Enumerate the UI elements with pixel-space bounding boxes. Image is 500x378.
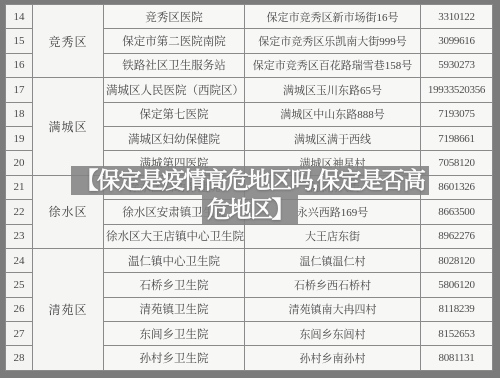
- row-number-cell: 17: [6, 78, 33, 102]
- address-cell: 满城区神星村: [245, 151, 421, 175]
- hospital-table-container: 14 竞秀区 竞秀区医院 保定市竞秀区新市场街16号 3310122 15 保定…: [5, 4, 492, 371]
- phone-cell: 8601326: [421, 175, 493, 199]
- phone-cell: 3310122: [421, 5, 493, 29]
- hospital-name-cell: 满城区人民医院（西院区）: [104, 78, 245, 102]
- address-cell: 东闾乡东闾村: [245, 322, 421, 346]
- address-cell: 石桥乡西石桥村: [245, 273, 421, 297]
- phone-cell: 3099616: [421, 29, 493, 53]
- row-number-cell: 18: [6, 102, 33, 126]
- phone-cell: 8081131: [421, 346, 493, 371]
- row-number-cell: 21: [6, 175, 33, 199]
- phone-cell: 7198661: [421, 126, 493, 150]
- address-cell: 保定市竞秀区百花路瑞雪巷158号: [245, 53, 421, 77]
- phone-cell: 8152653: [421, 322, 493, 346]
- phone-cell: 5806120: [421, 273, 493, 297]
- address-cell: 温仁镇温仁村: [245, 248, 421, 272]
- address-cell: 大王店东街: [245, 224, 421, 248]
- district-cell: 清苑区: [33, 248, 104, 370]
- row-number-cell: 27: [6, 322, 33, 346]
- hospital-name-cell: 温仁镇中心卫生院: [104, 248, 245, 272]
- row-number-cell: 28: [6, 346, 33, 371]
- address-cell: 盛源南大街: [245, 175, 421, 199]
- address-cell: 满城区满于西线: [245, 126, 421, 150]
- address-cell: 满城区中山东路888号: [245, 102, 421, 126]
- address-cell: 保定市竞秀区乐凯南大街999号: [245, 29, 421, 53]
- phone-cell: 8663500: [421, 200, 493, 224]
- hospital-name-cell: 东闾乡卫生院: [104, 322, 245, 346]
- hospital-name-cell: 徐水区安肃镇卫生院: [104, 200, 245, 224]
- hospital-name-cell: 保定市第二医院南院: [104, 29, 245, 53]
- hospital-name-cell: 徐水区大王店镇中心卫生院: [104, 224, 245, 248]
- row-number-cell: 24: [6, 248, 33, 272]
- row-number-cell: 22: [6, 200, 33, 224]
- row-number-cell: 16: [6, 53, 33, 77]
- phone-cell: 8118239: [421, 297, 493, 321]
- row-number-cell: 25: [6, 273, 33, 297]
- district-cell: 徐水区: [33, 175, 104, 248]
- address-cell: 清苑镇南大冉四村: [245, 297, 421, 321]
- hospital-name-cell: 孙村乡卫生院: [104, 346, 245, 371]
- hospital-name-cell: 徐水区妇幼保健院: [104, 175, 245, 199]
- hospital-name-cell: 石桥乡卫生院: [104, 273, 245, 297]
- row-number-cell: 23: [6, 224, 33, 248]
- row-number-cell: 14: [6, 5, 33, 29]
- phone-cell: 8028120: [421, 248, 493, 272]
- table-row: 24 清苑区 温仁镇中心卫生院 温仁镇温仁村 8028120: [6, 248, 493, 272]
- phone-cell: 7193075: [421, 102, 493, 126]
- row-number-cell: 15: [6, 29, 33, 53]
- hospital-name-cell: 保定第七医院: [104, 102, 245, 126]
- hospital-name-cell: 满城第四医院: [104, 151, 245, 175]
- hospital-name-cell: 铁路社区卫生服务站: [104, 53, 245, 77]
- hospital-name-cell: 满城区妇幼保健院: [104, 126, 245, 150]
- address-cell: 孙村乡南孙村: [245, 346, 421, 371]
- address-cell: 永兴西路169号: [245, 200, 421, 224]
- phone-cell: 19933520356: [421, 78, 493, 102]
- phone-cell: 5930273: [421, 53, 493, 77]
- hospital-name-cell: 清苑镇卫生院: [104, 297, 245, 321]
- row-number-cell: 26: [6, 297, 33, 321]
- table-row: 21 徐水区 徐水区妇幼保健院 盛源南大街 8601326: [6, 175, 493, 199]
- district-cell: 满城区: [33, 78, 104, 176]
- row-number-cell: 20: [6, 151, 33, 175]
- hospital-name-cell: 竞秀区医院: [104, 5, 245, 29]
- table-row: 14 竞秀区 竞秀区医院 保定市竞秀区新市场街16号 3310122: [6, 5, 493, 29]
- table-row: 17 满城区 满城区人民医院（西院区） 满城区玉川东路65号 199335203…: [6, 78, 493, 102]
- row-number-cell: 19: [6, 126, 33, 150]
- phone-cell: 7058120: [421, 151, 493, 175]
- district-cell: 竞秀区: [33, 5, 104, 78]
- address-cell: 满城区玉川东路65号: [245, 78, 421, 102]
- phone-cell: 8962276: [421, 224, 493, 248]
- address-cell: 保定市竞秀区新市场街16号: [245, 5, 421, 29]
- screenshot-root: 14 竞秀区 竞秀区医院 保定市竞秀区新市场街16号 3310122 15 保定…: [0, 0, 500, 378]
- hospital-table: 14 竞秀区 竞秀区医院 保定市竞秀区新市场街16号 3310122 15 保定…: [5, 4, 493, 371]
